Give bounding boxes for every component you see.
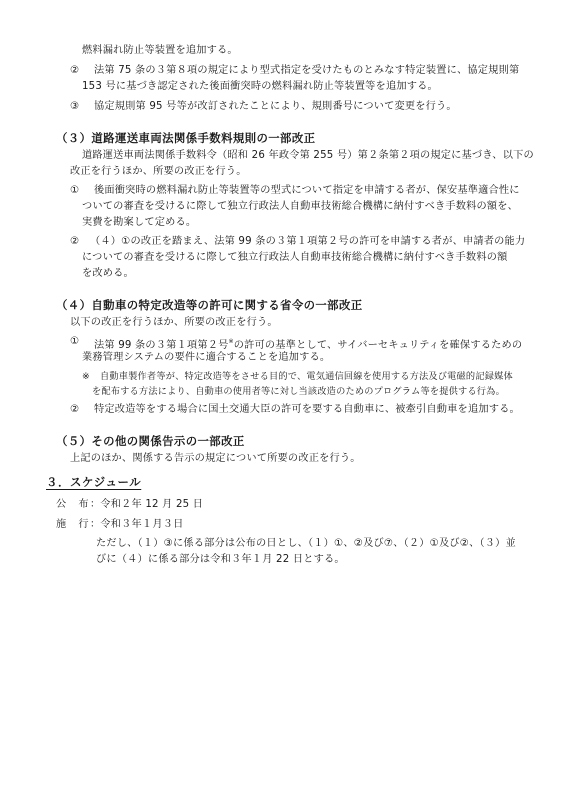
list-item-text: を改める。 (82, 266, 134, 282)
enforcement-label: 施 行 (56, 517, 90, 533)
section-heading: （５）その他の関係告示の一部改正 (56, 433, 245, 449)
paragraph-line: 燃料漏れ防止等装置を追加する。 (82, 43, 238, 59)
note-text: を配布する方法により、自動車の使用者等に対し当該改造のためのプログラム等を提供す… (92, 384, 505, 400)
paragraph-line: 上記のほか、関係する告示の規定について所要の改正を行う。 (70, 451, 361, 467)
list-item-text: 法第 75 条の３第８項の規定により型式指定を受けたものとみなす特定装置に、協定… (94, 63, 519, 79)
list-item-text: 業務管理システムの要件に適合することを追加する。 (82, 350, 330, 366)
list-marker: ② (70, 234, 79, 250)
proviso-line: ただし、（１）③に係る部分は公布の日とし、（１）①、②及び⑦、（２）①及び②、（… (96, 536, 516, 552)
promulgation-date: ：令和２年 12 月 25 日 (90, 497, 203, 513)
section-title: ３．スケジュール (46, 474, 141, 490)
list-item-text: 153 号に基づき認定された後面衝突時の燃料漏れ防止等装置等を追加する。 (82, 79, 438, 95)
list-item-text: ついての審査を受けるに際して独立行政法人自動車技術総合機構に納付すべき手数料の額… (82, 199, 518, 215)
paragraph-line: 以下の改正を行うほか、所要の改正を行う。 (70, 315, 278, 331)
list-item-text: 協定規則第 95 号等が改訂されたことにより、規則番号について変更を行う。 (94, 99, 457, 115)
list-item-text: についての審査を受けるに際して独立行政法人自動車技術総合機構に納付すべき手数料の… (82, 250, 507, 266)
list-item-text: 後面衝突時の燃料漏れ防止等装置等の型式について指定を申請する者が、保安基準適合性… (94, 183, 520, 199)
paragraph-line: 道路運送車両法関係手数料令（昭和 26 年政令第 255 号）第２条第２項の規定… (82, 148, 534, 164)
list-marker: ③ (70, 99, 79, 115)
section-heading: （３）道路運送車両法関係手数料規則の一部改正 (56, 130, 315, 146)
list-marker: ① (70, 334, 79, 350)
list-item-text: （４）①の改正を踏まえ、法第 99 条の３第１項第２号の許可を申請する者が、申請… (90, 234, 525, 250)
proviso-line: びに（４）に係る部分は令和３年１月 22 日とする。 (96, 552, 345, 568)
note-text: 自動車製作者等が、特定改造等をさせる目的で、電気通信回線を使用する方法及び電磁的… (100, 369, 513, 385)
list-item-text: 特定改造等をする場合に国土交通大臣の許可を要する自動車に、被牽引自動車を追加する… (94, 402, 520, 418)
note-marker: ※ (82, 369, 90, 385)
promulgation-label: 公 布 (56, 497, 90, 513)
enforcement-date: ：令和３年１月３日 (90, 517, 184, 533)
list-marker: ② (70, 402, 79, 418)
section-heading: （４）自動車の特定改造等の許可に関する省令の一部改正 (56, 297, 363, 313)
list-marker: ② (70, 63, 79, 79)
list-item-text: 実費を勘案して定める。 (82, 215, 196, 231)
list-marker: ① (70, 183, 79, 199)
paragraph-line: 改正を行うほか、所要の改正を行う。 (70, 164, 247, 180)
